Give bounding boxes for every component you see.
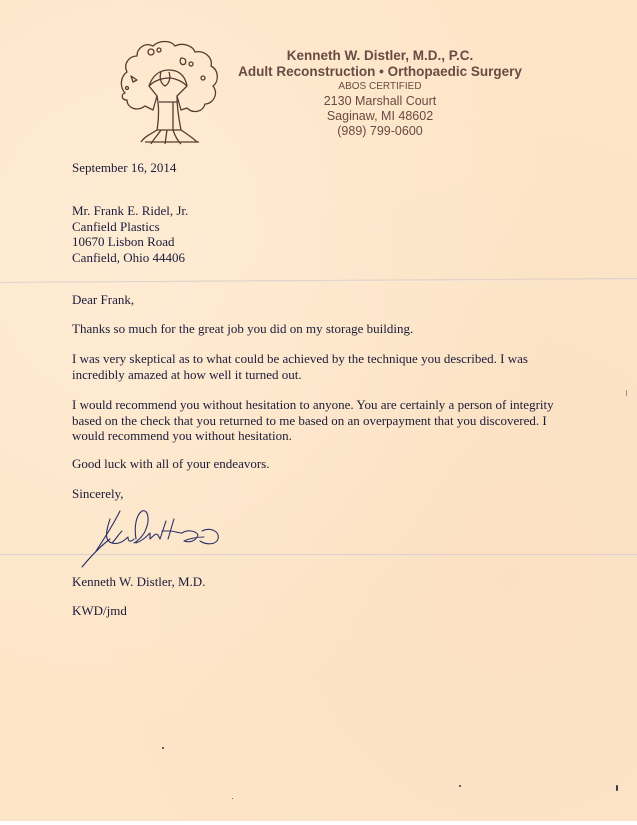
paragraph-1: Thanks so much for the great job you did… xyxy=(72,321,413,337)
paper-fold-line xyxy=(0,278,637,284)
paper-speck xyxy=(459,785,461,787)
paragraph-line: based on the check that you returned to … xyxy=(72,413,554,429)
paragraph-line: I was very skeptical as to what could be… xyxy=(72,351,528,367)
recipient-city: Canfield, Ohio 44406 xyxy=(72,250,188,266)
recipient-company: Canfield Plastics xyxy=(72,219,188,235)
recipient-address: Mr. Frank E. Ridel, Jr. Canfield Plastic… xyxy=(72,203,188,265)
tree-logo-icon xyxy=(115,38,225,148)
paper-speck xyxy=(616,785,618,791)
paper-speck xyxy=(626,390,627,396)
paragraph-line: Good luck with all of your endeavors. xyxy=(72,456,269,472)
practice-specialty: Adult Reconstruction • Orthopaedic Surge… xyxy=(230,64,530,80)
paper-speck xyxy=(162,747,164,749)
paper-speck xyxy=(232,798,233,799)
signer-name: Kenneth W. Distler, M.D. xyxy=(72,574,205,590)
signature-icon xyxy=(78,505,248,580)
letterhead: Kenneth W. Distler, M.D., P.C. Adult Rec… xyxy=(230,48,530,139)
page-bottom-edge xyxy=(0,821,637,825)
paragraph-line: Thanks so much for the great job you did… xyxy=(72,321,413,337)
paragraph-line: incredibly amazed at how well it turned … xyxy=(72,367,528,383)
recipient-street: 10670 Lisbon Road xyxy=(72,234,188,250)
salutation: Dear Frank, xyxy=(72,292,134,308)
paragraph-3: I would recommend you without hesitation… xyxy=(72,397,554,444)
phone-number: (989) 799-0600 xyxy=(230,124,530,139)
recipient-name: Mr. Frank E. Ridel, Jr. xyxy=(72,203,188,219)
paragraph-line: I would recommend you without hesitation… xyxy=(72,397,554,413)
letter-page: Kenneth W. Distler, M.D., P.C. Adult Rec… xyxy=(0,0,637,825)
paragraph-2: I was very skeptical as to what could be… xyxy=(72,351,528,382)
street-address: 2130 Marshall Court xyxy=(230,94,530,109)
practice-name: Kenneth W. Distler, M.D., P.C. xyxy=(230,48,530,64)
letter-date: September 16, 2014 xyxy=(72,160,176,176)
paragraph-4: Good luck with all of your endeavors. xyxy=(72,456,269,472)
closing: Sincerely, xyxy=(72,486,124,502)
certification: ABOS CERTIFIED xyxy=(230,80,530,94)
paragraph-line: would recommend you without hesitation. xyxy=(72,428,554,444)
typist-initials: KWD/jmd xyxy=(72,603,127,619)
city-state-zip: Saginaw, MI 48602 xyxy=(230,109,530,124)
